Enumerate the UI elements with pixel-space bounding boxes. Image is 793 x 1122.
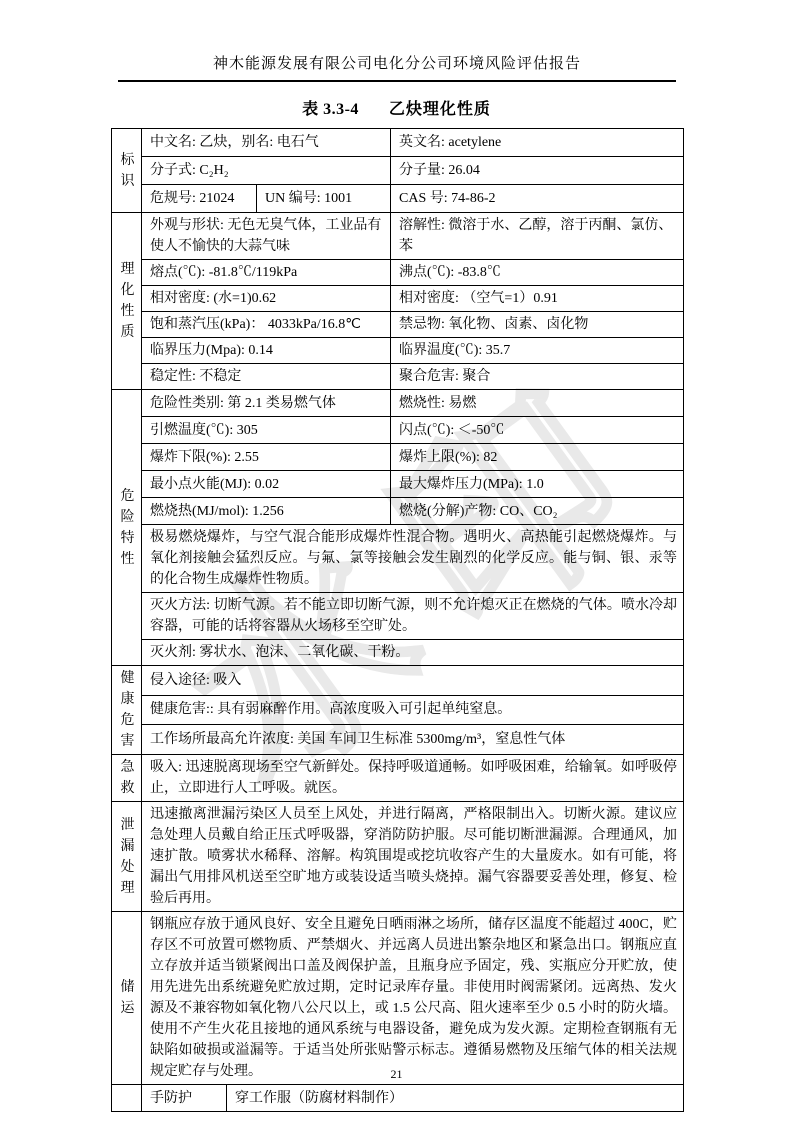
section-label-hazard-characteristics: 危险特性 (112, 390, 142, 666)
cell-hazard-description: 极易燃烧爆炸，与空气混合能形成爆炸性混合物。遇明火、高热能引起燃烧爆炸。与氧化剂… (142, 525, 684, 593)
cell-un-number: UN 编号: 1001 (257, 185, 391, 213)
page-number: 21 (0, 1067, 793, 1082)
table-row: 引燃温度(℃): 305 闪点(℃): ＜-50℃ (112, 417, 684, 444)
cell-flash-point: 闪点(℃): ＜-50℃ (391, 417, 684, 444)
properties-table: 标识 中文名: 乙炔，别名: 电石气 英文名: acetylene 分子式: C… (111, 128, 684, 1112)
cell-min-ignition-energy: 最小点火能(MJ): 0.02 (142, 471, 391, 498)
cell-combustion-products: 燃烧(分解)产物: CO、CO₂ (391, 498, 684, 525)
cell-ignition-temperature: 引燃温度(℃): 305 (142, 417, 391, 444)
cell-max-explosion-pressure: 最大爆炸压力(MPa): 1.0 (391, 471, 684, 498)
section-label-empty (112, 1085, 142, 1112)
section-label-first-aid: 急救 (112, 755, 142, 802)
cell-relative-density-water: 相对密度: (水=1)0.62 (142, 286, 391, 312)
cell-incompatibles: 禁忌物: 氧化物、卤素、卤化物 (391, 312, 684, 338)
section-label-identification: 标识 (112, 129, 142, 213)
table-row: 灭火剂: 雾状水、泡沫、二氧化碳、干粉。 (112, 640, 684, 666)
cell-critical-pressure: 临界压力(Mpa): 0.14 (142, 338, 391, 364)
table-caption: 表 3.3-4乙炔理化性质 (0, 96, 793, 119)
cell-solubility: 溶解性: 微溶于水、乙醇，溶于丙酮、氯仿、苯 (391, 213, 684, 260)
cell-molecular-weight: 分子量: 26.04 (391, 157, 684, 185)
table-row: 极易燃烧爆炸，与空气混合能形成爆炸性混合物。遇明火、高热能引起燃烧爆炸。与氧化剂… (112, 525, 684, 593)
cell-explosion-lower-limit: 爆炸下限(%): 2.55 (142, 444, 391, 471)
table-row: 工作场所最高允许浓度: 美国 车间卫生标准 5300mg/m³，窒息性气体 (112, 725, 684, 755)
cell-polymerization-hazard: 聚合危害: 聚合 (391, 364, 684, 390)
cell-danger-number: 危规号: 21024 (142, 185, 257, 213)
table-row: 手防护 穿工作服（防腐材料制作） (112, 1085, 684, 1112)
cell-molecular-formula: 分子式: C₂H₂ (142, 157, 391, 185)
cell-hand-protection-label: 手防护 (142, 1085, 227, 1112)
cell-saturated-vapor-pressure: 饱和蒸汽压(kPa)： 4033kPa/16.8℃ (142, 312, 391, 338)
table-caption-number: 表 3.3-4 (302, 101, 359, 118)
table-row: 相对密度: (水=1)0.62 相对密度: （空气=1）0.91 (112, 286, 684, 312)
table-caption-title: 乙炔理化性质 (389, 101, 491, 118)
table-row: 灭火方法: 切断气源。若不能立即切断气源，则不允许熄灭正在燃烧的气体。喷水冷却容… (112, 593, 684, 640)
cell-fire-fighting-method: 灭火方法: 切断气源。若不能立即切断气源，则不允许熄灭正在燃烧的气体。喷水冷却容… (142, 593, 684, 640)
cell-cas-number: CAS 号: 74-86-2 (391, 185, 684, 213)
section-label-storage-transport: 储运 (112, 912, 142, 1085)
report-header-title: 神木能源发展有限公司电化分公司环境风险评估报告 (118, 52, 676, 82)
table-row: 标识 中文名: 乙炔，别名: 电石气 英文名: acetylene (112, 129, 684, 157)
cell-english-name: 英文名: acetylene (391, 129, 684, 157)
table-row: 燃烧热(MJ/mol): 1.256 燃烧(分解)产物: CO、CO₂ (112, 498, 684, 525)
table-row: 健康危害 侵入途径: 吸入 (112, 666, 684, 696)
cell-extinguishing-agents: 灭火剂: 雾状水、泡沫、二氧化碳、干粉。 (142, 640, 684, 666)
table-row: 急救 吸入: 迅速脱离现场至空气新鲜处。保持呼吸道通畅。如呼吸困难，给输氧。如呼… (112, 755, 684, 802)
table-row: 临界压力(Mpa): 0.14 临界温度(℃): 35.7 (112, 338, 684, 364)
cell-exposure-limit: 工作场所最高允许浓度: 美国 车间卫生标准 5300mg/m³，窒息性气体 (142, 725, 684, 755)
cell-melting-point: 熔点(℃): -81.8℃/119kPa (142, 260, 391, 286)
cell-explosion-upper-limit: 爆炸上限(%): 82 (391, 444, 684, 471)
cell-flammability: 燃烧性: 易燃 (391, 390, 684, 417)
cell-health-hazard: 健康危害:: 具有弱麻醉作用。高浓度吸入可引起单纯窒息。 (142, 695, 684, 725)
section-label-health-hazard: 健康危害 (112, 666, 142, 755)
table-row: 储运 钢瓶应存放于通风良好、安全且避免日晒雨淋之场所，储存区温度不能超过 400… (112, 912, 684, 1085)
cell-relative-density-air: 相对密度: （空气=1）0.91 (391, 286, 684, 312)
table-row: 熔点(℃): -81.8℃/119kPa 沸点(℃): -83.8℃ (112, 260, 684, 286)
cell-storage-procedure: 钢瓶应存放于通风良好、安全且避免日晒雨淋之场所，储存区温度不能超过 400C，贮… (142, 912, 684, 1085)
table-row: 饱和蒸汽压(kPa)： 4033kPa/16.8℃ 禁忌物: 氧化物、卤素、卤化… (112, 312, 684, 338)
table-row: 分子式: C₂H₂ 分子量: 26.04 (112, 157, 684, 185)
cell-first-aid-inhalation: 吸入: 迅速脱离现场至空气新鲜处。保持呼吸道通畅。如呼吸困难，给输氧。如呼吸停止… (142, 755, 684, 802)
cell-critical-temperature: 临界温度(℃): 35.7 (391, 338, 684, 364)
section-label-physical-properties: 理化性质 (112, 213, 142, 390)
document-page: 水印 神木能源发展有限公司电化分公司环境风险评估报告 表 3.3-4乙炔理化性质… (0, 0, 793, 1122)
table-row: 最小点火能(MJ): 0.02 最大爆炸压力(MPa): 1.0 (112, 471, 684, 498)
table-row: 爆炸下限(%): 2.55 爆炸上限(%): 82 (112, 444, 684, 471)
table-row: 稳定性: 不稳定 聚合危害: 聚合 (112, 364, 684, 390)
table-row: 健康危害:: 具有弱麻醉作用。高浓度吸入可引起单纯窒息。 (112, 695, 684, 725)
table-row: 理化性质 外观与形状: 无色无臭气体，工业品有使人不愉快的大蒜气味 溶解性: 微… (112, 213, 684, 260)
cell-stability: 稳定性: 不稳定 (142, 364, 391, 390)
table-row: 泄漏处理 迅速撤离泄漏污染区人员至上风处，并进行隔离，严格限制出入。切断火源。建… (112, 802, 684, 912)
cell-appearance: 外观与形状: 无色无臭气体，工业品有使人不愉快的大蒜气味 (142, 213, 391, 260)
table-row: 危险特性 危险性类别: 第 2.1 类易燃气体 燃烧性: 易燃 (112, 390, 684, 417)
cell-boiling-point: 沸点(℃): -83.8℃ (391, 260, 684, 286)
cell-hand-protection-value: 穿工作服（防腐材料制作） (227, 1085, 684, 1112)
table-row: 危规号: 21024 UN 编号: 1001 CAS 号: 74-86-2 (112, 185, 684, 213)
cell-hazard-class: 危险性类别: 第 2.1 类易燃气体 (142, 390, 391, 417)
cell-combustion-heat: 燃烧热(MJ/mol): 1.256 (142, 498, 391, 525)
cell-leak-procedure: 迅速撤离泄漏污染区人员至上风处，并进行隔离，严格限制出入。切断火源。建议应急处理… (142, 802, 684, 912)
section-label-leak-handling: 泄漏处理 (112, 802, 142, 912)
cell-chinese-name: 中文名: 乙炔，别名: 电石气 (142, 129, 391, 157)
cell-exposure-route: 侵入途径: 吸入 (142, 666, 684, 696)
